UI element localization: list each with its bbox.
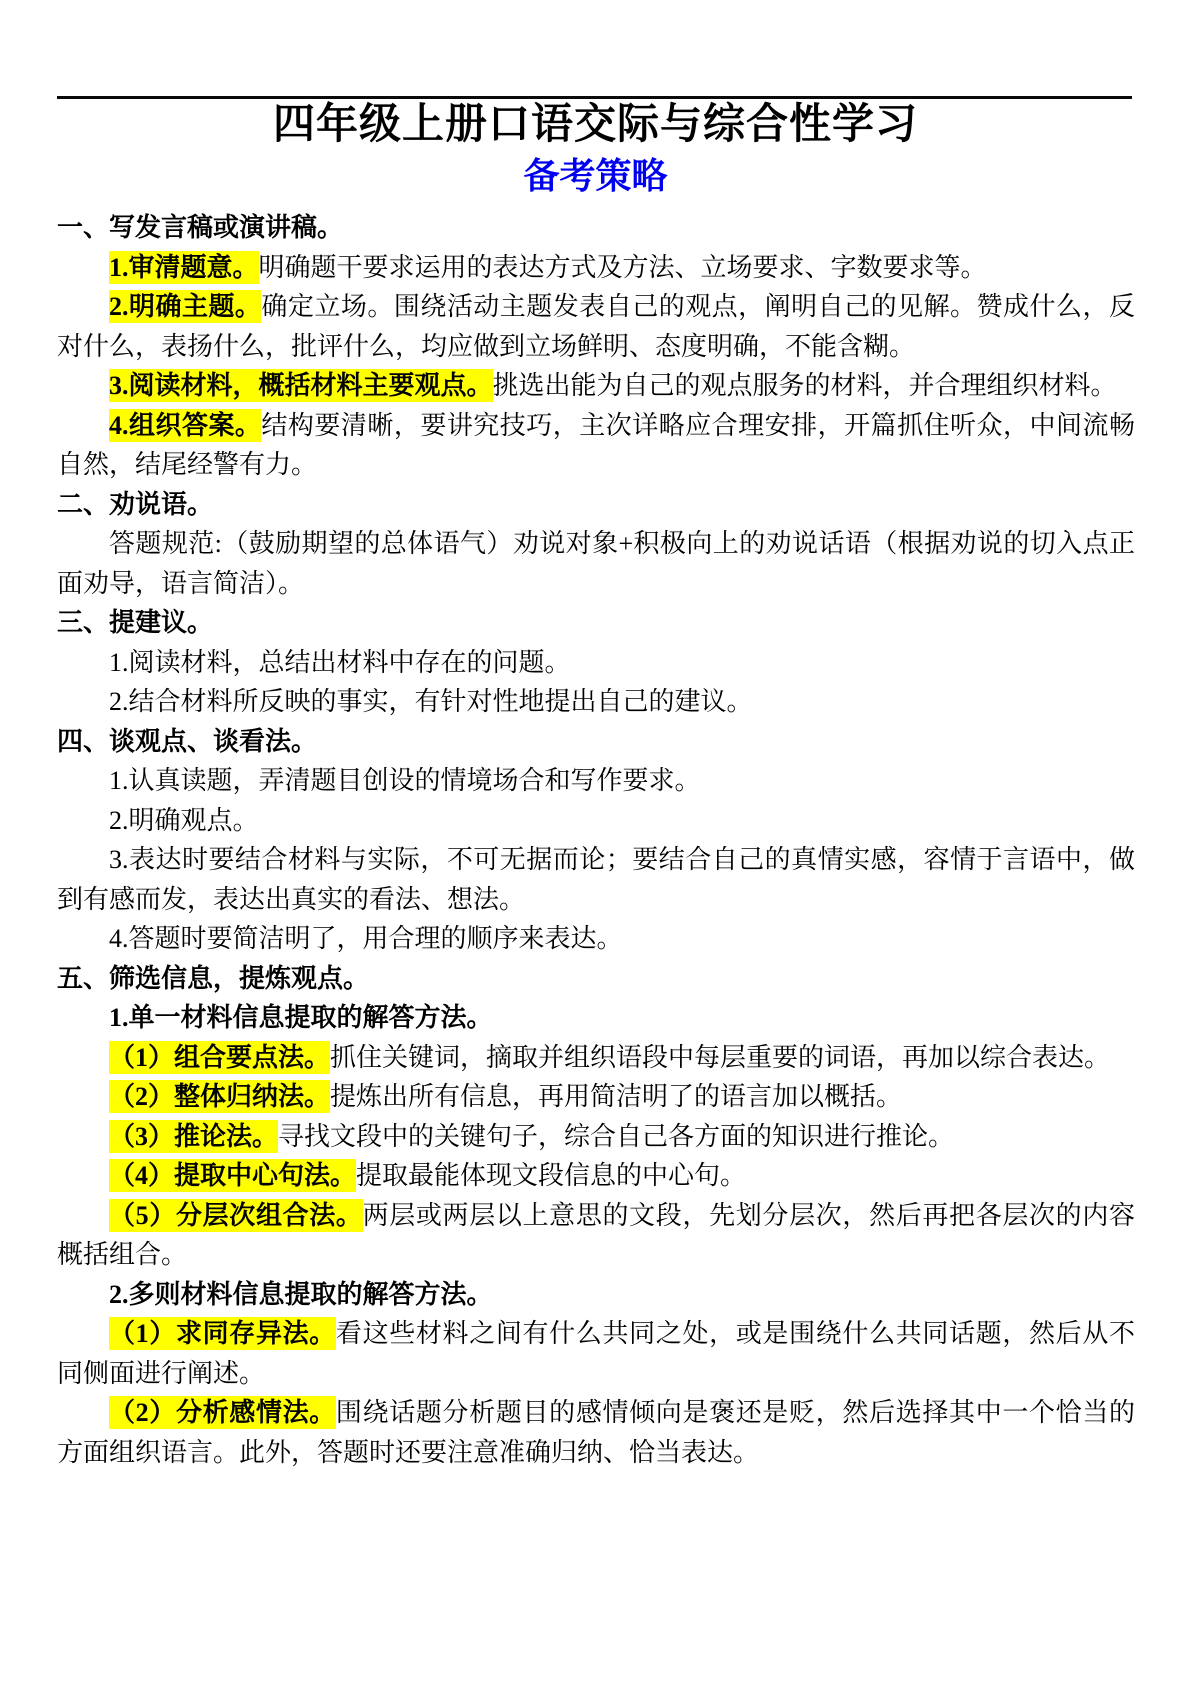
section-heading: 三、提建议。	[57, 603, 1135, 643]
paragraph: 2.明确观点。	[57, 801, 1135, 841]
paragraph-text: 答题规范:（鼓励期望的总体语气）劝说对象+积极向上的劝说话语（根据劝说的切入点正…	[57, 529, 1135, 598]
highlight-label: 3.阅读材料，概括材料主要观点。	[109, 369, 493, 402]
section-heading: 一、写发言稿或演讲稿。	[57, 208, 1135, 248]
highlight-label: （2）分析感情法。	[109, 1396, 336, 1429]
paragraph-text: 寻找文段中的关键句子，综合自己各方面的知识进行推论。	[278, 1122, 954, 1151]
paragraph-text: 4.答题时要简洁明了，用合理的顺序来表达。	[109, 924, 623, 953]
highlight-label: （5）分层次组合法。	[109, 1199, 363, 1232]
highlight-label: 4.组织答案。	[109, 409, 261, 442]
paragraph: 答题规范:（鼓励期望的总体语气）劝说对象+积极向上的劝说话语（根据劝说的切入点正…	[57, 524, 1135, 603]
paragraph: （2）整体归纳法。提炼出所有信息，再用简洁明了的语言加以概括。	[57, 1077, 1135, 1117]
paragraph-text: 提炼出所有信息，再用简洁明了的语言加以概括。	[330, 1082, 902, 1111]
paragraph: 2.明确主题。确定立场。围绕活动主题发表自己的观点，阐明自己的见解。赞成什么，反…	[57, 287, 1135, 366]
paragraph-text: 1.认真读题，弄清题目创设的情境场合和写作要求。	[109, 766, 701, 795]
paragraph-text: 明确题干要求运用的表达方式及方法、立场要求、字数要求等。	[259, 253, 987, 282]
highlight-label: （2）整体归纳法。	[109, 1080, 330, 1113]
paragraph: 3.表达时要结合材料与实际，不可无据而论；要结合自己的真情实感，容情于言语中，做…	[57, 840, 1135, 919]
paragraph: 1.单一材料信息提取的解答方法。	[57, 998, 1135, 1038]
paragraph: 3.阅读材料，概括材料主要观点。挑选出能为自己的观点服务的材料，并合理组织材料。	[57, 366, 1135, 406]
paragraph-text: 2.多则材料信息提取的解答方法。	[109, 1280, 493, 1309]
paragraph-text: 挑选出能为自己的观点服务的材料，并合理组织材料。	[493, 371, 1117, 400]
page-title: 四年级上册口语交际与综合性学习	[0, 101, 1191, 149]
section-heading: 四、谈观点、谈看法。	[57, 722, 1135, 762]
document-body: 一、写发言稿或演讲稿。 1.审清题意。明确题干要求运用的表达方式及方法、立场要求…	[57, 208, 1135, 1472]
paragraph: （2）分析感情法。围绕话题分析题目的感情倾向是褒还是贬，然后选择其中一个恰当的方…	[57, 1393, 1135, 1472]
section-heading: 二、劝说语。	[57, 485, 1135, 525]
paragraph: （4）提取中心句法。提取最能体现文段信息的中心句。	[57, 1156, 1135, 1196]
paragraph-text: 3.表达时要结合材料与实际，不可无据而论；要结合自己的真情实感，容情于言语中，做…	[57, 845, 1135, 914]
paragraph: 1.阅读材料，总结出材料中存在的问题。	[57, 643, 1135, 683]
header-divider-line	[57, 96, 1132, 99]
paragraph-text: 抓住关键词，摘取并组织语段中每层重要的词语，再加以综合表达。	[330, 1043, 1110, 1072]
paragraph: 1.审清题意。明确题干要求运用的表达方式及方法、立场要求、字数要求等。	[57, 248, 1135, 288]
paragraph: （3）推论法。寻找文段中的关键句子，综合自己各方面的知识进行推论。	[57, 1117, 1135, 1157]
paragraph-text: 2.明确观点。	[109, 806, 259, 835]
highlight-label: 1.审清题意。	[109, 251, 259, 284]
paragraph: （5）分层次组合法。两层或两层以上意思的文段，先划分层次，然后再把各层次的内容概…	[57, 1196, 1135, 1275]
paragraph-text: 1.阅读材料，总结出材料中存在的问题。	[109, 648, 571, 677]
paragraph: （1）求同存异法。看这些材料之间有什么共同之处，或是围绕什么共同话题，然后从不同…	[57, 1314, 1135, 1393]
highlight-label: （1）组合要点法。	[109, 1041, 330, 1074]
paragraph: （1）组合要点法。抓住关键词，摘取并组织语段中每层重要的词语，再加以综合表达。	[57, 1038, 1135, 1078]
paragraph: 2.结合材料所反映的事实，有针对性地提出自己的建议。	[57, 682, 1135, 722]
paragraph-text: 提取最能体现文段信息的中心句。	[356, 1161, 746, 1190]
paragraph: 1.认真读题，弄清题目创设的情境场合和写作要求。	[57, 761, 1135, 801]
highlight-label: （1）求同存异法。	[109, 1317, 336, 1350]
paragraph: 4.组织答案。结构要清晰，要讲究技巧，主次详略应合理安排，开篇抓住听众，中间流畅…	[57, 406, 1135, 485]
paragraph-text: 1.单一材料信息提取的解答方法。	[109, 1003, 493, 1032]
paragraph: 4.答题时要简洁明了，用合理的顺序来表达。	[57, 919, 1135, 959]
paragraph: 2.多则材料信息提取的解答方法。	[57, 1275, 1135, 1315]
document-page: 四年级上册口语交际与综合性学习 备考策略 一、写发言稿或演讲稿。 1.审清题意。…	[0, 0, 1191, 1684]
highlight-label: （4）提取中心句法。	[109, 1159, 356, 1192]
page-subtitle: 备考策略	[0, 155, 1191, 197]
section-heading: 五、筛选信息，提炼观点。	[57, 959, 1135, 999]
paragraph-text: 2.结合材料所反映的事实，有针对性地提出自己的建议。	[109, 687, 753, 716]
highlight-label: 2.明确主题。	[109, 290, 261, 323]
highlight-label: （3）推论法。	[109, 1120, 278, 1153]
